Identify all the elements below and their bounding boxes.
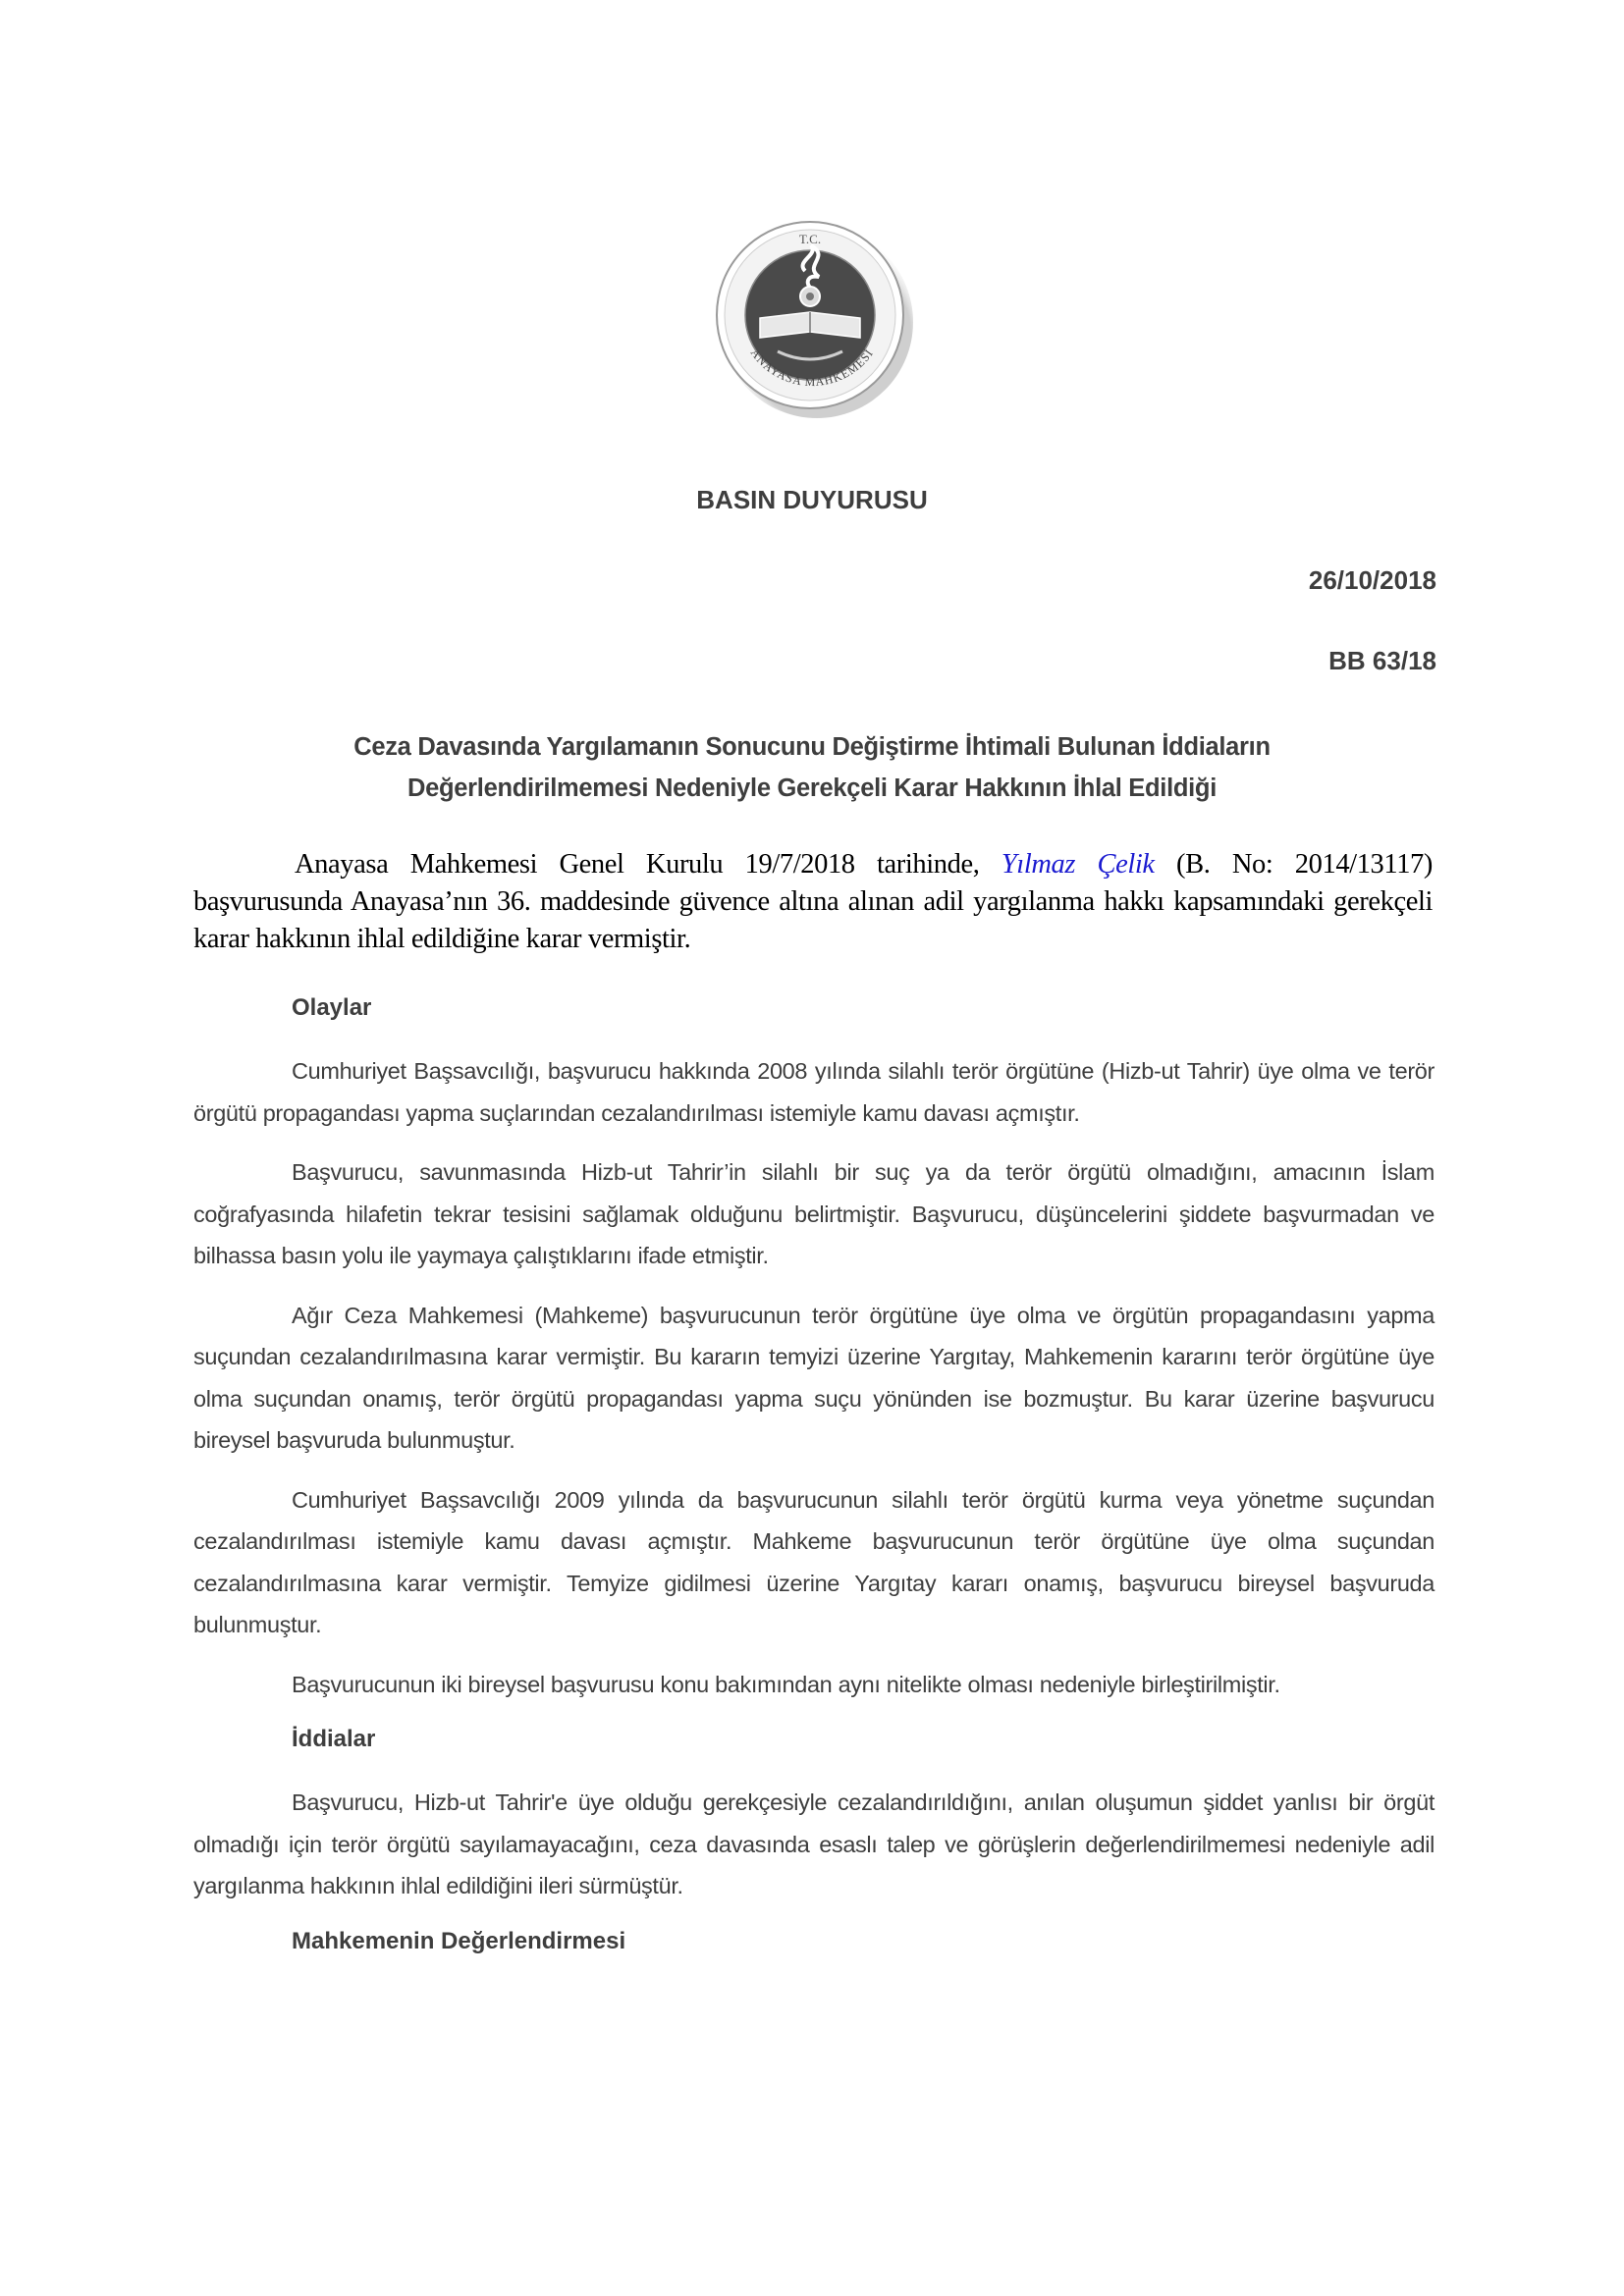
title-line: Değerlendirilmemesi Nedeniyle Gerekçeli … [196,768,1428,809]
title-line: Ceza Davasında Yargılamanın Sonucunu Değ… [196,726,1428,768]
body-paragraph: Başvurucu, Hizb-ut Tahrir'e üye olduğu g… [193,1782,1435,1907]
body-paragraph: Başvurucu, savunmasında Hizb-ut Tahrir’i… [193,1151,1435,1277]
section-heading-olaylar: Olaylar [292,991,1435,1025]
release-date: 26/10/2018 [1309,565,1436,596]
lead-paragraph: Anayasa Mahkemesi Genel Kurulu 19/7/2018… [193,846,1433,958]
press-release-title: Ceza Davasında Yargılamanın Sonucunu Değ… [196,726,1428,809]
anayasa-mahkemesi-seal-icon: T.C. ANAYASA MAHKEMESİ [709,214,915,420]
section-heading-mahkemenin-degerlendirmesi: Mahkemenin Değerlendirmesi [292,1925,1435,1958]
release-reference-number: BB 63/18 [1328,646,1436,676]
body-paragraph: Cumhuriyet Başsavcılığı 2009 yılında da … [193,1479,1435,1646]
case-name-link[interactable]: Yılmaz Çelik [1001,849,1155,880]
document-body: Olaylar Cumhuriyet Başsavcılığı, başvuru… [193,991,1435,1984]
seal-top-text: T.C. [799,232,821,246]
body-paragraph: Ağır Ceza Mahkemesi (Mahkeme) başvurucun… [193,1295,1435,1462]
press-release-page: T.C. ANAYASA MAHKEMESİ BASIN DUYURUSU 26… [0,0,1624,2296]
section-heading-iddialar: İddialar [292,1723,1435,1756]
body-paragraph: Başvurucunun iki bireysel başvurusu konu… [193,1664,1435,1706]
body-paragraph: Cumhuriyet Başsavcılığı, başvurucu hakkı… [193,1050,1435,1134]
document-heading: BASIN DUYURUSU [0,485,1624,515]
lead-text-before: Anayasa Mahkemesi Genel Kurulu 19/7/2018… [295,849,1001,880]
court-seal-logo: T.C. ANAYASA MAHKEMESİ [709,214,915,420]
